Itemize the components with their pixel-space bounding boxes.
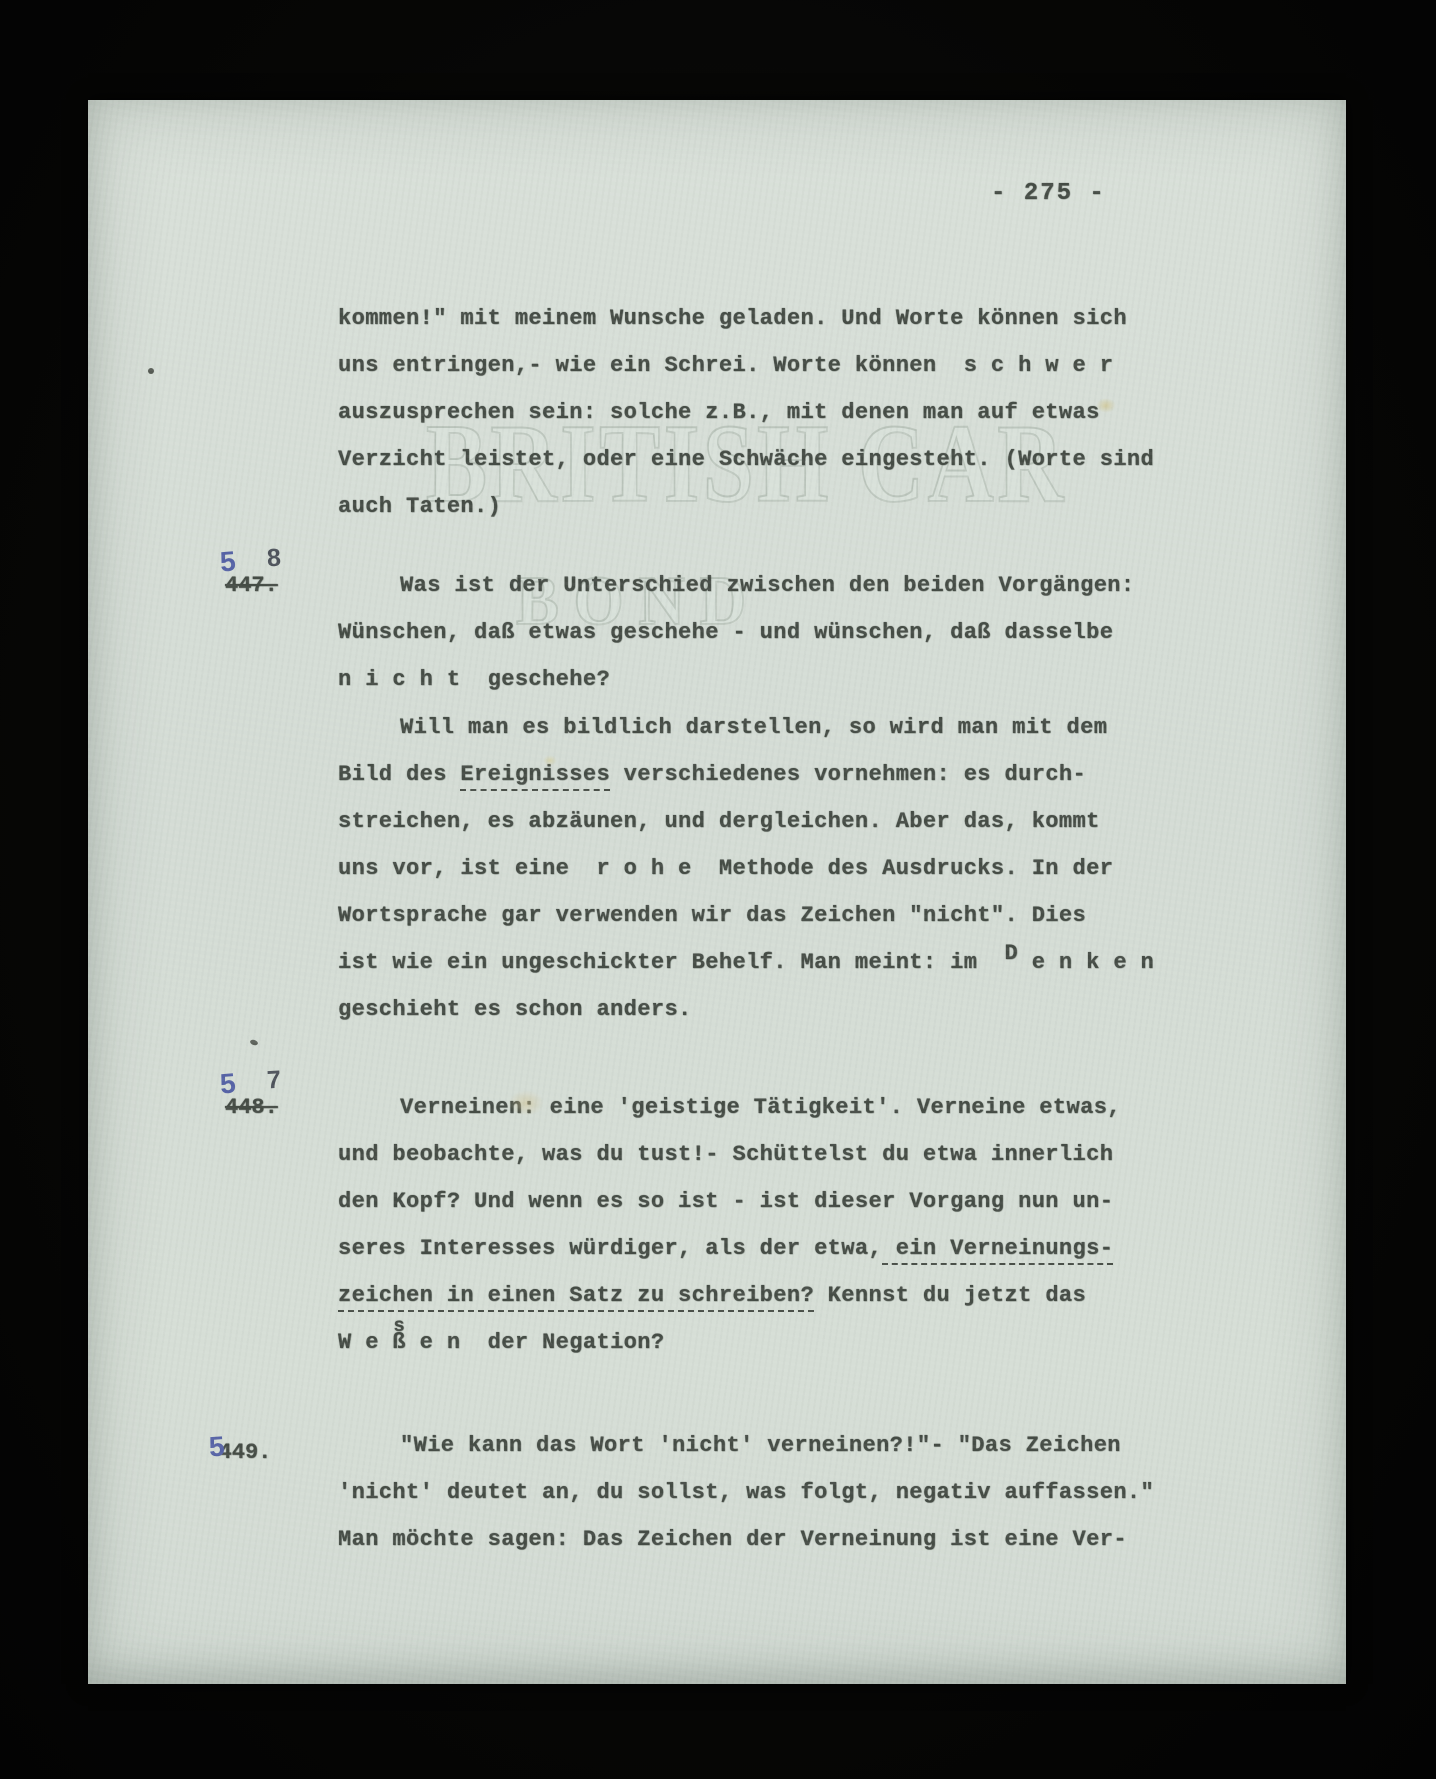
text-line: streichen, es abzäunen, und dergleichen.… <box>338 809 1188 856</box>
paragraph-continuation: kommen!" mit meinem Wunsche geladen. Und… <box>338 306 1188 541</box>
text-line: Verzicht leistet, oder eine Schwäche ein… <box>338 447 1188 494</box>
text-segment: D <box>1005 941 1019 966</box>
handwritten-gray-number: 7 <box>266 1066 281 1096</box>
text-line: uns entringen,- wie ein Schrei. Worte kö… <box>338 353 1188 400</box>
text-line: kommen!" mit meinem Wunsche geladen. Und… <box>338 306 1188 353</box>
text-segment: verschiedenes vornehmen: es durch- <box>610 762 1086 787</box>
text-line: Wortsprache gar verwenden wir das Zeiche… <box>338 903 1188 950</box>
text-line: Will man es bildlich darstellen, so wird… <box>338 715 1188 762</box>
text-segment: Bild des <box>338 762 460 787</box>
text-segment: e n k e n <box>1018 950 1154 975</box>
text-segment: geschieht es schon anders. <box>338 997 692 1022</box>
text-segment: kommen!" mit meinem Wunsche geladen. Und… <box>338 306 1127 331</box>
paragraph-448: Verneinen: eine 'geistige Tätigkeit'. Ve… <box>338 1095 1188 1377</box>
section-number-449: 5449. <box>209 1433 271 1465</box>
text-segment: Kennst du jetzt das <box>814 1283 1086 1308</box>
text-segment: den Kopf? Und wenn es so ist - ist diese… <box>338 1189 1113 1214</box>
text-segment: 'nicht' deutet an, du sollst, was folgt,… <box>338 1480 1154 1505</box>
text-line: seres Interesses würdiger, als der etwa,… <box>338 1236 1188 1283</box>
handwritten-blue-number: 5 <box>208 1430 226 1463</box>
text-line: uns vor, ist eine r o h e Methode des Au… <box>338 856 1188 903</box>
ink-speck <box>249 1039 258 1046</box>
text-segment: Will man es bildlich darstellen, so wird… <box>400 715 1107 740</box>
text-line: ist wie ein ungeschickter Behelf. Man me… <box>338 950 1188 997</box>
text-line: Man möchte sagen: Das Zeichen der Vernei… <box>338 1527 1188 1574</box>
handwritten-gray-number: 8 <box>266 544 281 574</box>
text-segment: ein Verneinungs- <box>882 1236 1113 1265</box>
text-line: W e ßs e n der Negation? <box>338 1330 1188 1377</box>
section-number-447: 58447. <box>225 573 278 598</box>
ink-speck <box>148 368 154 374</box>
text-segment: Ereignisses <box>460 762 610 791</box>
text-segment: Wünschen, daß etwas geschehe - und wünsc… <box>338 620 1113 645</box>
typed-section-number: 449. <box>219 1440 272 1465</box>
text-segment: uns vor, ist eine r o h e Methode des Au… <box>338 856 1113 881</box>
text-line: Wünschen, daß etwas geschehe - und wünsc… <box>338 620 1188 667</box>
section-number-448: 57448. <box>225 1095 278 1120</box>
text-segment: n i c h t geschehe? <box>338 667 610 692</box>
text-line: auszusprechen sein: solche z.B., mit den… <box>338 400 1188 447</box>
text-segment: ßs <box>392 1330 406 1355</box>
text-segment: Verzicht leistet, oder eine Schwäche ein… <box>338 447 1154 472</box>
text-line: n i c h t geschehe? <box>338 667 1188 714</box>
text-segment: streichen, es abzäunen, und dergleichen.… <box>338 809 1100 834</box>
text-line: und beobachte, was du tust!- Schüttelst … <box>338 1142 1188 1189</box>
text-segment: e n der Negation? <box>406 1330 664 1355</box>
text-segment: Verneinen: eine 'geistige Tätigkeit'. Ve… <box>400 1095 1121 1120</box>
text-segment: ist wie ein ungeschickter Behelf. Man me… <box>338 950 1005 975</box>
text-line: zeichen in einen Satz zu schreiben? Kenn… <box>338 1283 1188 1330</box>
text-line: "Wie kann das Wort 'nicht' verneinen?!"-… <box>338 1433 1188 1480</box>
text-line: den Kopf? Und wenn es so ist - ist diese… <box>338 1189 1188 1236</box>
text-segment: auch Taten.) <box>338 494 501 519</box>
typed-correction-letter: s <box>393 1315 405 1337</box>
handwritten-blue-number: 5 <box>219 1067 237 1100</box>
text-segment: Wortsprache gar verwenden wir das Zeiche… <box>338 903 1086 928</box>
text-segment: W e <box>338 1330 392 1355</box>
page-number: - 275 - <box>991 180 1106 207</box>
text-segment: Was ist der Unterschied zwischen den bei… <box>400 573 1135 598</box>
text-line: 'nicht' deutet an, du sollst, was folgt,… <box>338 1480 1188 1527</box>
text-segment: zeichen in einen Satz zu schreiben? <box>338 1283 814 1312</box>
paragraph-449: "Wie kann das Wort 'nicht' verneinen?!"-… <box>338 1433 1188 1574</box>
scan-background: { "page_number": "- 275 -", "watermark":… <box>0 0 1436 1779</box>
text-segment: Man möchte sagen: Das Zeichen der Vernei… <box>338 1527 1127 1552</box>
text-segment: auszusprechen sein: solche z.B., mit den… <box>338 400 1100 425</box>
text-line: Verneinen: eine 'geistige Tätigkeit'. Ve… <box>338 1095 1188 1142</box>
text-segment: seres Interesses würdiger, als der etwa, <box>338 1236 882 1261</box>
text-segment: und beobachte, was du tust!- Schüttelst … <box>338 1142 1113 1167</box>
text-line: geschieht es schon anders. <box>338 997 1188 1044</box>
text-line: Was ist der Unterschied zwischen den bei… <box>338 573 1188 620</box>
text-segment: uns entringen,- wie ein Schrei. Worte kö… <box>338 353 1113 378</box>
text-line: auch Taten.) <box>338 494 1188 541</box>
text-segment: "Wie kann das Wort 'nicht' verneinen?!"-… <box>400 1433 1121 1458</box>
text-line: Bild des Ereignisses verschiedenes vorne… <box>338 762 1188 809</box>
paragraph-447-continued: Will man es bildlich darstellen, so wird… <box>338 715 1188 1044</box>
document-page: BRITISH CAR BOND - 275 - kommen!" mit me… <box>88 100 1346 1684</box>
handwritten-blue-number: 5 <box>219 545 237 578</box>
paragraph-447: Was ist der Unterschied zwischen den bei… <box>338 573 1188 714</box>
